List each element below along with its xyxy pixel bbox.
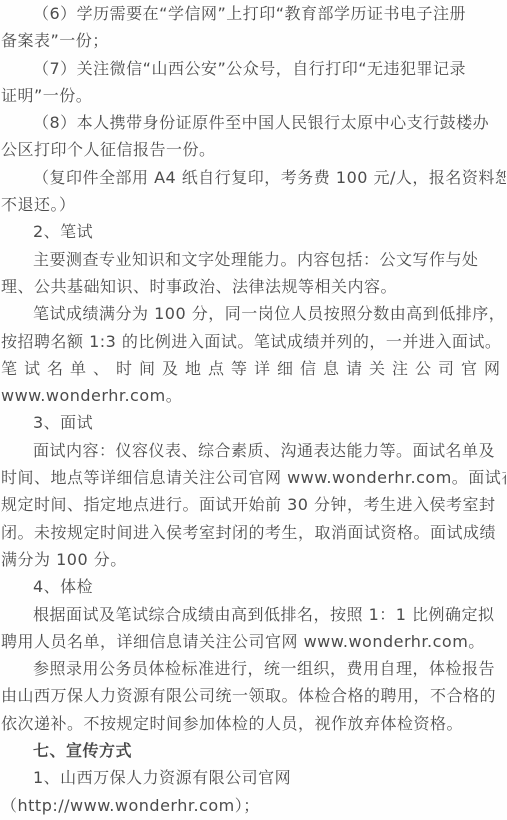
doc-line-interview-4: 闭。未按规定时间进入侯考室封闭的考生，取消面试资格。面试成绩 (1, 519, 506, 546)
doc-line-exam-content-2: 理、公共基础知识、时事政治、法律法规等相关内容。 (1, 273, 506, 300)
doc-heading-publicity: 七、宣传方式 (1, 737, 506, 764)
doc-heading-written-exam: 2、笔试 (1, 218, 506, 245)
doc-line-exam-score: 笔试成绩满分为 100 分，同一岗位人员按照分数由高到低排序， (1, 300, 506, 327)
doc-line-copy-note: （复印件全部用 A4 纸自行复印，考务费 100 元/人，报名资料恕 (1, 164, 506, 191)
doc-heading-interview: 3、面试 (1, 409, 506, 436)
document-page: （6）学历需要在“学信网”上打印“教育部学历证书电子注册 备案表”一份； （7）… (0, 0, 507, 820)
doc-line-item8: （8）本人携带身份证原件至中国人民银行太原中心支行鼓楼办 (1, 109, 506, 136)
doc-line-physical-1: 根据面试及笔试综合成绩由高到低排名，按照 1：1 比例确定拟 (1, 601, 506, 628)
doc-line-interview-3: 规定时间、指定地点进行。面试开始前 30 分钟，考生进入侯考室封 (1, 491, 506, 518)
doc-line-physical-5: 依次递补。不按规定时间参加体检的人员，视作放弃体检资格。 (1, 710, 506, 737)
doc-line-exam-content: 主要测查专业知识和文字处理能力。内容包括：公文写作与处 (1, 246, 506, 273)
doc-line-physical-2: 聘用人员名单，详细信息请关注公司官网 www.wonderhr.com。 (1, 628, 506, 655)
doc-line-official-site: 1、山西万保人力资源有限公司官网 (1, 764, 506, 791)
doc-line-physical-4: 由山西万保人力资源有限公司统一领取。体检合格的聘用，不合格的 (1, 682, 506, 709)
doc-line-exam-score-2: 按招聘名额 1:3 的比例进入面试。笔试成绩并列的，一并进入面试。 (1, 328, 506, 355)
doc-line-official-url: （http://www.wonderhr.com）； (1, 792, 506, 819)
doc-line-interview-2: 时间、地点等详细信息请关注公司官网 www.wonderhr.com。面试在 (1, 464, 506, 491)
doc-line-item7-cont: 证明”一份。 (1, 82, 506, 109)
doc-line-exam-notice: 笔试名单、时间及地点等详细信息请关注公司官网 (1, 355, 506, 382)
doc-line-interview-1: 面试内容：仪容仪表、综合素质、沟通表达能力等。面试名单及 (1, 437, 506, 464)
doc-line-item7: （7）关注微信“山西公安”公众号，自行打印“无违犯罪记录 (1, 55, 506, 82)
doc-line-item6: （6）学历需要在“学信网”上打印“教育部学历证书电子注册 (1, 0, 506, 27)
doc-line-physical-3: 参照录用公务员体检标准进行，统一组织，费用自理，体检报告 (1, 655, 506, 682)
doc-line-copy-note-cont: 不退还。） (1, 191, 506, 218)
document-body: （6）学历需要在“学信网”上打印“教育部学历证书电子注册 备案表”一份； （7）… (0, 0, 507, 819)
doc-line-item6-cont: 备案表”一份； (1, 27, 506, 54)
doc-line-interview-5: 满分为 100 分。 (1, 546, 506, 573)
doc-line-item8-cont: 公区打印个人征信报告一份。 (1, 136, 506, 163)
doc-heading-physical-exam: 4、体检 (1, 573, 506, 600)
doc-line-website-url: www.wonderhr.com。 (1, 382, 506, 409)
